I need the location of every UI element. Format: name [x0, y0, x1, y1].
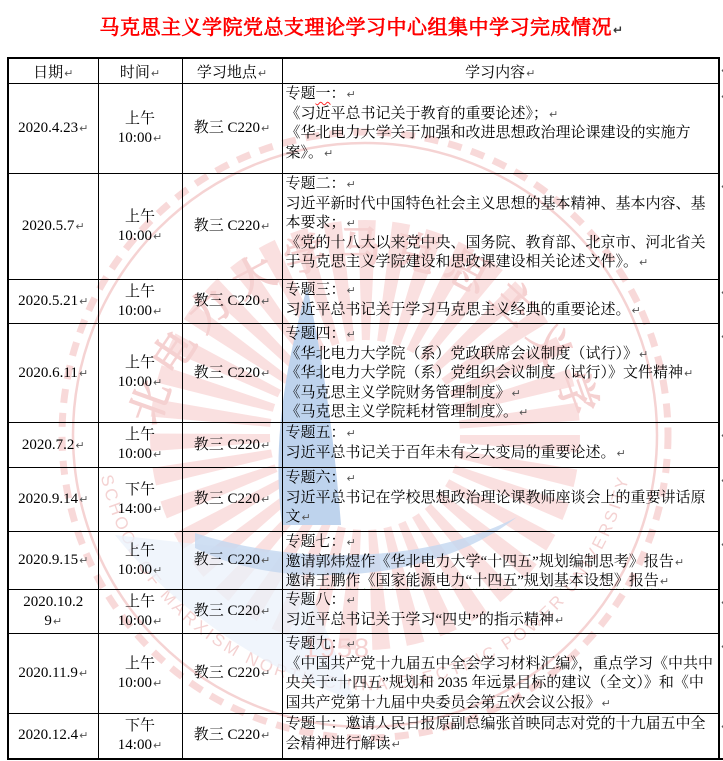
date-text: 2020.7.2↵: [9, 436, 98, 455]
page-title: 马克思主义学院党总支理论学习中心组集中学习完成情况↵: [0, 0, 723, 40]
paragraph-mark-icon: ↵: [549, 108, 558, 121]
paragraph-mark-icon: ↵: [347, 472, 356, 485]
location-cell: 教三 C220↵: [182, 324, 282, 423]
content-text: 专题二：: [286, 176, 346, 192]
date-cell: 2020.9.15↵: [8, 532, 98, 590]
paragraph-mark-icon: ↵: [684, 367, 693, 380]
content-wrap: 专题三：↵习近平总书记关于学习马克思主义经典的重要论述。↵: [286, 281, 717, 320]
paragraph-mark-icon: ↵: [75, 439, 84, 452]
paragraph-mark-icon: ↵: [512, 387, 521, 400]
header-row: 日期↵ 时间↵ 学习地点↵ 学习内容↵ ↵: [8, 58, 723, 84]
time-text: 10:00↵: [99, 227, 182, 246]
paragraph-mark-icon: ↵: [519, 406, 528, 419]
time-text: 10:00↵: [99, 612, 182, 631]
content-line: 专题二：↵: [286, 175, 717, 195]
paragraph-mark-icon: ↵: [347, 88, 356, 101]
paragraph-mark-icon: ↵: [639, 348, 648, 361]
header-content: 学习内容↵: [282, 58, 719, 84]
content-line: 专题四：↵: [286, 325, 717, 345]
row-end-mark: ↵: [719, 714, 723, 759]
header-time: 时间↵: [98, 58, 182, 84]
table-row: 2020.6.11↵上午10:00↵教三 C220↵专题四：↵《华北电力大学院（…: [8, 324, 723, 423]
time-text: 10:00↵: [99, 674, 182, 693]
content-line: 《中国共产党十九届五中全会学习材料汇编》，重点学习《中共中央关于“十四五”规划和…: [286, 655, 717, 714]
date-text: 2020.9.15↵: [9, 551, 98, 570]
content-line: 《党的十八大以来党中央、国务院、教育部、北京市、河北省关于马克思主义学院建设和思…: [286, 234, 717, 273]
time-cell: 上午10:00↵: [98, 590, 182, 634]
study-schedule-table: 日期↵ 时间↵ 学习地点↵ 学习内容↵ ↵ 2020.4.23↵上午10:00↵…: [7, 57, 723, 760]
date-text: 2020.6.11↵: [9, 364, 98, 383]
location-cell: 教三 C220↵: [182, 468, 282, 532]
time-period-text: 上午: [99, 283, 182, 302]
content-line: 专题九：↵: [286, 635, 717, 655]
time-cell: 上午10:00↵: [98, 634, 182, 714]
row-end-mark: ↵: [719, 468, 723, 532]
content-text: 专题五：: [286, 425, 346, 441]
paragraph-mark-icon: ↵: [79, 554, 88, 567]
squiggle-red-text: 一: [316, 86, 331, 102]
content-text: 《华北电力大学院（系）党政联席会议制度（试行）》: [286, 346, 639, 362]
content-cell: 专题七：↵邀请郭炜煜作《华北电力大学“十四五”规划编制思考》报告↵邀请王鹏作《国…: [282, 532, 719, 590]
location-cell: 教三 C220↵: [182, 280, 282, 324]
paragraph-mark-icon: ↵: [302, 511, 311, 524]
content-wrap: 专题五：↵习近平总书记关于百年未有之大变局的重要论述。↵: [286, 424, 717, 463]
table-row: 2020.12.4↵下午14:00↵教三 C220↵专题十：邀请人民日报原副总编…: [8, 714, 723, 759]
paragraph-mark-icon: ↵: [639, 256, 648, 269]
content-text: 专题六：: [286, 470, 346, 486]
squiggle-red-text: 王鹏: [316, 573, 346, 589]
paragraph-mark-icon: ↵: [153, 448, 162, 461]
content-text: 专题七：: [286, 534, 346, 550]
paragraph-mark-icon: ↵: [347, 178, 356, 191]
paragraph-mark-icon: ↵: [261, 367, 270, 380]
content-text: 习近平总书记关于百年未有之大变局的重要论述。: [286, 445, 616, 461]
table-row: 2020.10.29↵上午10:00↵教三 C220↵专题八：↵习近平总书记关于…: [8, 590, 723, 634]
time-cell: 上午10:00↵: [98, 532, 182, 590]
date-cell: 2020.7.2↵: [8, 423, 98, 468]
paragraph-mark-icon: ↵: [632, 304, 641, 317]
content-line: 习近平新时代中国特色社会主义思想的基本精神、基本内容、基本要求；↵: [286, 195, 717, 234]
date-text: 2020.11.9↵: [9, 664, 98, 683]
time-text: 14:00↵: [99, 736, 182, 755]
paragraph-mark-icon: ↵: [347, 284, 356, 297]
content-line: 《习近平总书记关于教育的重要论述》；↵: [286, 105, 717, 125]
location-cell: 教三 C220↵: [182, 174, 282, 280]
time-cell: 上午10:00↵: [98, 423, 182, 468]
content-wrap: 专题六：↵习近平总书记在学校思想政治理论课教师座谈会上的重要讲话原文↵: [286, 469, 717, 528]
content-line: 专题七：↵: [286, 533, 717, 553]
table-body: 2020.4.23↵上午10:00↵教三 C220↵专题一：↵《习近平总书记关于…: [8, 84, 723, 759]
row-end-mark: ↵: [719, 423, 723, 468]
content-cell: 专题一：↵《习近平总书记关于教育的重要论述》；↵《华北电力大学关于加强和改进思想…: [282, 84, 719, 174]
paragraph-mark-icon: ↵: [64, 67, 73, 80]
time-text: 10:00↵: [99, 373, 182, 392]
content-line: 《华北电力大学院（系）党组织会议制度（试行）》文件精神↵: [286, 364, 717, 384]
paragraph-mark-icon: ↵: [153, 564, 162, 577]
paragraph-mark-icon: ↵: [153, 503, 162, 516]
date-text: 2020.10.2: [9, 593, 98, 612]
content-text: 习近平总书记关于学习马克思主义经典的重要论述。: [286, 302, 631, 318]
content-line: 专题三：↵: [286, 281, 717, 301]
content-line: 习近平总书记关于百年未有之大变局的重要论述。↵: [286, 444, 717, 464]
content-cell: 专题九：↵《中国共产党十九届五中全会学习材料汇编》，重点学习《中共中央关于“十四…: [282, 634, 719, 714]
paragraph-mark-icon: ↵: [153, 230, 162, 243]
row-end-mark: ↵: [719, 324, 723, 423]
content-cell: 专题四：↵《华北电力大学院（系）党政联席会议制度（试行）》↵《华北电力大学院（系…: [282, 324, 719, 423]
content-cell: 专题六：↵习近平总书记在学校思想政治理论课教师座谈会上的重要讲话原文↵: [282, 468, 719, 532]
table-row: 2020.9.15↵上午10:00↵教三 C220↵专题七：↵邀请郭炜煜作《华北…: [8, 532, 723, 590]
paragraph-mark-icon: ↵: [392, 738, 401, 751]
time-period-text: 上午: [99, 655, 182, 674]
content-wrap: 专题九：↵《中国共产党十九届五中全会学习材料汇编》，重点学习《中共中央关于“十四…: [286, 635, 717, 713]
content-text: 专题三：: [286, 282, 346, 298]
location-cell: 教三 C220↵: [182, 423, 282, 468]
time-cell: 上午10:00↵: [98, 84, 182, 174]
time-period-text: 上午: [99, 354, 182, 373]
row-end-mark: ↵: [719, 634, 723, 714]
paragraph-mark-icon: ↵: [660, 575, 669, 588]
content-text: 专题四：: [286, 326, 346, 342]
content-text: 《华北电力大学关于加强和改进思想政治理论课建设的实施方案》。: [286, 125, 691, 161]
paragraph-mark-icon: ↵: [79, 729, 88, 742]
time-period-text: 上午: [99, 110, 182, 129]
paragraph-mark-icon: ↵: [151, 67, 160, 80]
time-cell: 上午10:00↵: [98, 280, 182, 324]
header-location: 学习地点↵: [182, 58, 282, 84]
paragraph-mark-icon: ↵: [261, 493, 270, 506]
content-text: 专题: [286, 86, 316, 102]
content-line: 习近平总书记关于学习马克思主义经典的重要论述。↵: [286, 301, 717, 321]
content-cell: 专题十：邀请人民日报原副总编张首映同志对党的十九届五中全会精神进行解读↵: [282, 714, 719, 759]
content-text: 邀请: [286, 573, 316, 589]
row-end-mark: ↵: [719, 532, 723, 590]
paragraph-mark-icon: ↵: [347, 427, 356, 440]
time-text: 10:00↵: [99, 445, 182, 464]
paragraph-mark-icon: ↵: [79, 493, 88, 506]
time-period-text: 下午: [99, 717, 182, 736]
row-end-mark: ↵: [719, 174, 723, 280]
time-text: 10:00↵: [99, 129, 182, 148]
paragraph-mark-icon: ↵: [324, 147, 333, 160]
content-cell: 专题三：↵习近平总书记关于学习马克思主义经典的重要论述。↵: [282, 280, 719, 324]
content-line: 《马克思主义学院财务管理制度》↵: [286, 384, 717, 404]
content-wrap: 专题八：↵习近平总书记关于学习“四史”的指示精神↵: [286, 591, 717, 630]
date-cell: 2020.11.9↵: [8, 634, 98, 714]
paragraph-mark-icon: ↵: [261, 295, 270, 308]
content-text: 邀请郭炜煜作《华北电力大学“十四五”规划编制思考》报告: [286, 554, 674, 570]
date-cell: 2020.10.29↵: [8, 590, 98, 634]
date-cell: 2020.12.4↵: [8, 714, 98, 759]
paragraph-mark-icon: ↵: [261, 122, 270, 135]
paragraph-mark-icon: ↵: [613, 23, 624, 37]
date-text: 2020.9.14↵: [9, 490, 98, 509]
paragraph-mark-icon: ↵: [261, 667, 270, 680]
content-line: 专题六：↵: [286, 469, 717, 489]
paragraph-mark-icon: ↵: [347, 328, 356, 341]
paragraph-mark-icon: ↵: [258, 67, 267, 80]
content-line: 《华北电力大学关于加强和改进思想政治理论课建设的实施方案》。↵: [286, 124, 717, 163]
paragraph-mark-icon: ↵: [153, 132, 162, 145]
paragraph-mark-icon: ↵: [555, 614, 564, 627]
paragraph-mark-icon: ↵: [347, 638, 356, 651]
paragraph-mark-icon: ↵: [261, 220, 270, 233]
content-text: 《马克思主义学院财务管理制度》: [286, 385, 511, 401]
content-line: 《马克思主义学院耗材管理制度》。↵: [286, 403, 717, 422]
content-text: 专题十：邀请人民日报原副总编张首映同志对党的十九届五中全会精神进行解读: [286, 716, 706, 752]
paragraph-mark-icon: ↵: [75, 220, 84, 233]
date-cell: 2020.6.11↵: [8, 324, 98, 423]
content-text: 专题八：: [286, 592, 346, 608]
content-text: 《中国共产党十九届五中全会学习材料汇编》，重点学习《中共中央关于“十四五”规划和…: [286, 656, 714, 711]
date-text: 2020.5.7↵: [9, 217, 98, 236]
content-wrap: 专题四：↵《华北电力大学院（系）党政联席会议制度（试行）》↵《华北电力大学院（系…: [286, 325, 717, 422]
content-line: 邀请王鹏作《国家能源电力“十四五”规划基本设想》报告↵: [286, 572, 717, 589]
document-page: { "title": "马克思主义学院党总支理论学习中心组集中学习完成情况", …: [0, 0, 723, 761]
table-row: 2020.7.2↵上午10:00↵教三 C220↵专题五：↵习近平总书记关于百年…: [8, 423, 723, 468]
paragraph-mark-icon: ↵: [261, 729, 270, 742]
content-text: 习近平总书记关于学习“四史”的指示精神: [286, 612, 554, 628]
paragraph-mark-icon: ↵: [79, 667, 88, 680]
content-line: 习近平总书记关于学习“四史”的指示精神↵: [286, 611, 717, 631]
location-cell: 教三 C220↵: [182, 532, 282, 590]
table-row: 2020.11.9↵上午10:00↵教三 C220↵专题九：↵《中国共产党十九届…: [8, 634, 723, 714]
content-wrap: 专题十：邀请人民日报原副总编张首映同志对党的十九届五中全会精神进行解读↵: [286, 715, 717, 754]
time-period-text: 下午: [99, 481, 182, 500]
content-text: ：: [331, 86, 346, 102]
content-line: 邀请郭炜煜作《华北电力大学“十四五”规划编制思考》报告↵: [286, 553, 717, 573]
paragraph-mark-icon: ↵: [675, 556, 684, 569]
time-cell: 上午10:00↵: [98, 324, 182, 423]
paragraph-mark-icon: ↵: [347, 217, 356, 230]
paragraph-mark-icon: ↵: [261, 554, 270, 567]
content-line: 专题八：↵: [286, 591, 717, 611]
location-cell: 教三 C220↵: [182, 634, 282, 714]
paragraph-mark-icon: ↵: [261, 439, 270, 452]
time-cell: 下午14:00↵: [98, 714, 182, 759]
content-text: 《习近平总书记关于教育的重要论述》；: [286, 106, 549, 122]
content-cell: 专题二：↵习近平新时代中国特色社会主义思想的基本精神、基本内容、基本要求；↵《党…: [282, 174, 719, 280]
squiggle-green-text: 作《国家能源电力“十四五”规划基本设想》报告: [346, 573, 659, 589]
page-title-text: 马克思主义学院党总支理论学习中心组集中学习完成情况: [99, 17, 612, 39]
content-line: 专题五：↵: [286, 424, 717, 444]
paragraph-mark-icon: ↵: [347, 594, 356, 607]
table-row: 2020.5.7↵上午10:00↵教三 C220↵专题二：↵习近平新时代中国特色…: [8, 174, 723, 280]
content-line: 专题一：↵: [286, 85, 717, 105]
time-period-text: 上午: [99, 542, 182, 561]
paragraph-mark-icon: ↵: [261, 605, 270, 618]
time-text: 10:00↵: [99, 302, 182, 321]
time-period-text: 上午: [99, 593, 182, 612]
time-text: 10:00↵: [99, 561, 182, 580]
content-wrap: 专题二：↵习近平新时代中国特色社会主义思想的基本精神、基本内容、基本要求；↵《党…: [286, 175, 717, 273]
paragraph-mark-icon: ↵: [153, 677, 162, 690]
date-cell: 2020.5.21↵: [8, 280, 98, 324]
content-line: 专题十：邀请人民日报原副总编张首映同志对党的十九届五中全会精神进行解读↵: [286, 715, 717, 754]
header-date: 日期↵: [8, 58, 98, 84]
paragraph-mark-icon: ↵: [79, 367, 88, 380]
row-end-mark: ↵: [719, 280, 723, 324]
row-end-mark: ↵: [719, 590, 723, 634]
location-cell: 教三 C220↵: [182, 84, 282, 174]
time-cell: 下午14:00↵: [98, 468, 182, 532]
content-wrap: 专题七：↵邀请郭炜煜作《华北电力大学“十四五”规划编制思考》报告↵邀请王鹏作《国…: [286, 533, 717, 589]
content-text: 《马克思主义学院耗材管理制度》。: [286, 404, 519, 420]
paragraph-mark-icon: ↵: [79, 122, 88, 135]
paragraph-mark-icon: ↵: [602, 697, 611, 710]
content-cell: 专题八：↵习近平总书记关于学习“四史”的指示精神↵: [282, 590, 719, 634]
paragraph-mark-icon: ↵: [153, 739, 162, 752]
location-cell: 教三 C220↵: [182, 714, 282, 759]
date-cell: 2020.4.23↵: [8, 84, 98, 174]
content-text: 习近平总书记在学校思想政治理论课教师座谈会上的重要讲话原文: [286, 490, 706, 526]
time-cell: 上午10:00↵: [98, 174, 182, 280]
table-row: 2020.4.23↵上午10:00↵教三 C220↵专题一：↵《习近平总书记关于…: [8, 84, 723, 174]
paragraph-mark-icon: ↵: [153, 305, 162, 318]
paragraph-mark-icon: ↵: [526, 67, 535, 80]
time-text: 14:00↵: [99, 500, 182, 519]
content-line: 习近平总书记在学校思想政治理论课教师座谈会上的重要讲话原文↵: [286, 489, 717, 528]
content-text: 专题九：: [286, 636, 346, 652]
paragraph-mark-icon: ↵: [617, 447, 626, 460]
date-text: 2020.4.23↵: [9, 119, 98, 138]
content-cell: 专题五：↵习近平总书记关于百年未有之大变局的重要论述。↵: [282, 423, 719, 468]
date-text: 2020.5.21↵: [9, 292, 98, 311]
paragraph-mark-icon: ↵: [347, 536, 356, 549]
row-end-mark: ↵: [719, 84, 723, 174]
time-period-text: 上午: [99, 208, 182, 227]
paragraph-mark-icon: ↵: [79, 295, 88, 308]
table-row: 2020.9.14↵下午14:00↵教三 C220↵专题六：↵习近平总书记在学校…: [8, 468, 723, 532]
row-end-mark: ↵: [719, 58, 723, 84]
content-wrap: 专题一：↵《习近平总书记关于教育的重要论述》；↵《华北电力大学关于加强和改进思想…: [286, 85, 717, 163]
time-period-text: 上午: [99, 426, 182, 445]
date-cell: 2020.9.14↵: [8, 468, 98, 532]
date-text: 9↵: [9, 612, 98, 631]
date-text: 2020.12.4↵: [9, 726, 98, 745]
content-line: 《华北电力大学院（系）党政联席会议制度（试行）》↵: [286, 345, 717, 365]
location-cell: 教三 C220↵: [182, 590, 282, 634]
paragraph-mark-icon: ↵: [53, 615, 62, 628]
content-text: 《华北电力大学院（系）党组织会议制度（试行）》文件精神: [286, 365, 684, 381]
paragraph-mark-icon: ↵: [153, 376, 162, 389]
table-row: 2020.5.21↵上午10:00↵教三 C220↵专题三：↵习近平总书记关于学…: [8, 280, 723, 324]
date-cell: 2020.5.7↵: [8, 174, 98, 280]
paragraph-mark-icon: ↵: [153, 615, 162, 628]
